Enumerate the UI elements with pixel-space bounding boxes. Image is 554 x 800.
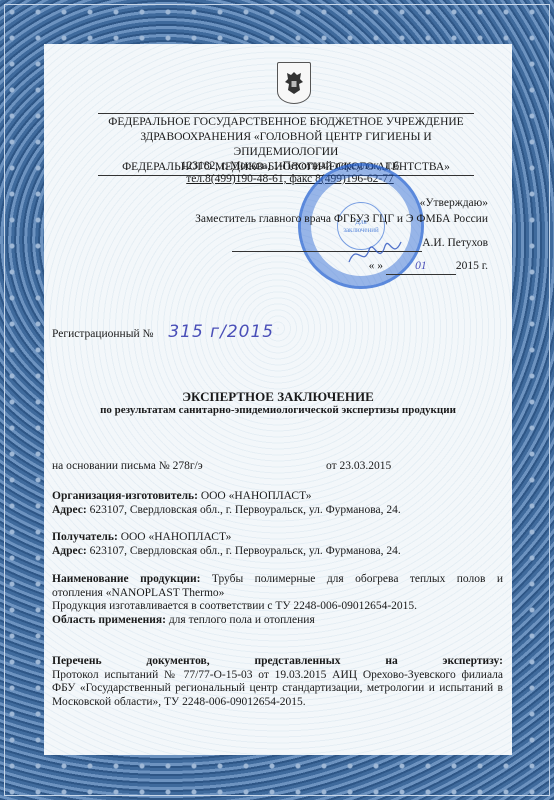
product-block: Наименование продукции: Трубы полимерные…: [52, 573, 503, 627]
scope-value: для теплого пола и отопления: [169, 614, 315, 626]
document-page: ФЕДЕРАЛЬНОЕ ГОСУДАРСТВЕННОЕ БЮДЖЕТНОЕ УЧ…: [0, 0, 554, 800]
recipient-label: Получатель:: [52, 531, 118, 543]
document-subtitle: по результатам санитарно-эпидемиологичес…: [44, 404, 512, 416]
basis-date: от 23.03.2015: [326, 460, 391, 474]
org-line-1: ФЕДЕРАЛЬНОЕ ГОСУДАРСТВЕННОЕ БЮДЖЕТНОЕ УЧ…: [98, 115, 474, 130]
recipient-block: Получатель: ООО «НАНОПЛАСТ» Адрес: 62310…: [52, 531, 401, 558]
product-value-line2: отопления «NANOPLAST Thermo»: [52, 587, 503, 601]
approve-label: «Утверждаю»: [195, 195, 488, 211]
manufacturer-address-label: Адрес:: [52, 504, 87, 516]
manufacturer-address: 623107, Свердловская обл., г. Первоураль…: [90, 504, 401, 516]
recipient-address-label: Адрес:: [52, 545, 87, 557]
basis-letter: на основании письма № 278г/э: [52, 460, 203, 474]
documents-line2: ФБУ «Государственный региональный центр …: [52, 682, 503, 696]
date-year: 2015 г.: [456, 260, 488, 272]
manufacturer-block: Организация-изготовитель: ООО «НАНОПЛАСТ…: [52, 490, 401, 517]
registration-label: Регистрационный №: [52, 328, 153, 340]
documents-line3: Московской области», ТУ 2248-006-0901265…: [52, 696, 503, 710]
document-title: ЭКСПЕРТНОЕ ЗАКЛЮЧЕНИЕ: [44, 389, 512, 405]
org-line-2: ЗДРАВООХРАНЕНИЯ «ГОЛОВНОЙ ЦЕНТР ГИГИЕНЫ …: [98, 130, 474, 160]
signature-icon: [345, 232, 405, 272]
signatory-name: А.И. Петухов: [422, 237, 488, 249]
russian-coat-of-arms-icon: [277, 62, 311, 104]
product-value-line1: Трубы полимерные для обогрева теплых пол…: [212, 573, 503, 585]
product-standard: Продукция изготавливается в соответствии…: [52, 600, 503, 614]
approval-block: «Утверждаю» Заместитель главного врача Ф…: [195, 195, 488, 275]
documents-block: Перечень документов, представленных на э…: [52, 655, 503, 709]
documents-label: Перечень документов, представленных на э…: [52, 655, 503, 669]
registration-number: Регистрационный № 315 г/2015: [52, 322, 274, 342]
manufacturer-label: Организация-изготовитель:: [52, 490, 198, 502]
org-address: 123182, г. Москва, 1-Пехотный переулок, …: [140, 160, 440, 173]
scope-label: Область применения:: [52, 614, 166, 626]
product-label: Наименование продукции:: [52, 573, 200, 585]
approver-position: Заместитель главного врача ФГБУЗ ГЦГ и Э…: [195, 211, 488, 227]
registration-value: 315 г/2015: [168, 322, 274, 342]
documents-line1: Протокол испытаний № 77/77-О-15-03 от 19…: [52, 669, 503, 683]
recipient-value: ООО «НАНОПЛАСТ»: [121, 531, 232, 543]
manufacturer-value: ООО «НАНОПЛАСТ»: [201, 490, 312, 502]
recipient-address: 623107, Свердловская обл., г. Первоураль…: [90, 545, 401, 557]
